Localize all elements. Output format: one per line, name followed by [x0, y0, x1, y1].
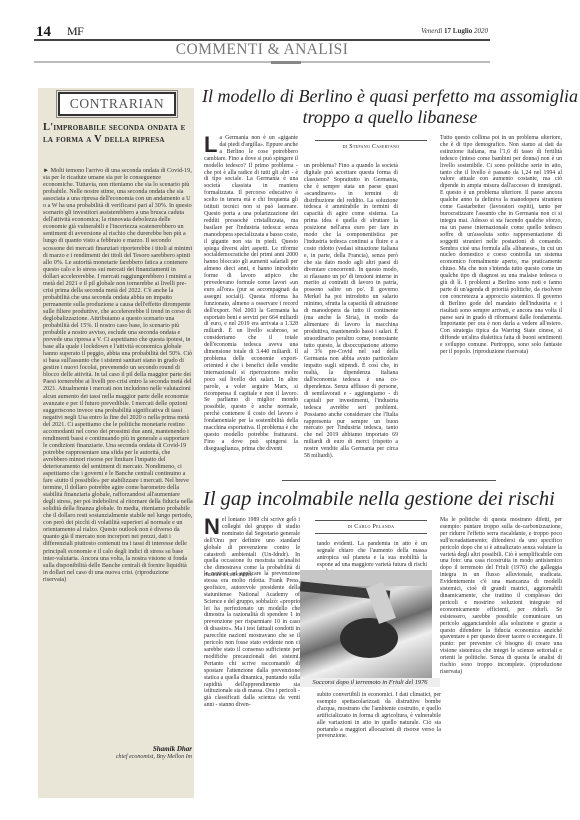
sidebar-body-text: ► Molti temono l'arrivo di una seconda o…: [43, 168, 193, 584]
article1-column-2: un problema? Fino a quando la società di…: [304, 163, 398, 460]
article1-col1-text: a Germania non è un «gigante dai piedi d…: [204, 135, 298, 452]
article-divider: [282, 480, 496, 481]
article2-column-2-bottom: subito convertibili in economici. I dati…: [317, 692, 441, 740]
photo-rubble: [340, 618, 398, 658]
section-title: COMMENTI & ANALISI: [34, 41, 490, 59]
date-year: 2020: [474, 27, 488, 35]
article2-column-3: Ma le politiche di questa mostrano difet…: [440, 517, 562, 676]
article2-title: Il gap incolmabile nella gestione dei ri…: [203, 488, 580, 510]
article2-column-1-wrap: le nazioni ad applicare la prevenzione s…: [204, 571, 300, 709]
earthquake-photo: [300, 570, 432, 678]
article1-title: Il modello di Berlino è quasi perfetto m…: [200, 86, 580, 128]
article2-col2-bottom-text: subito convertibili in economici. I dati…: [317, 692, 441, 739]
column-name-box: CONTRARIAN: [58, 92, 176, 116]
issue-date: Venerdì 17 Luglio 2020: [421, 27, 488, 35]
sidebar-headline: L'improbabile seconda ondata e la forma …: [43, 122, 193, 145]
photo-caption: Soccorsi dopo il terremoto in Friuli del…: [300, 678, 440, 687]
article2-column-1: Nel lontano 1989 chi scrive gelò i colle…: [204, 517, 300, 579]
sidebar-author-role: chief economist, Bny Mellon Im: [40, 754, 192, 760]
section-rule-accent: [271, 61, 301, 64]
article1-byline: di Stefano Casertano: [315, 140, 427, 150]
sidebar-body: ► Molti temono l'arrivo di una seconda o…: [43, 168, 193, 584]
article1-column-1: La Germania non è un «gigante dai piedi …: [204, 135, 298, 453]
article2-col3-text: Ma le politiche di questa mostrano difet…: [440, 517, 562, 675]
article2-dropcap: N: [204, 518, 220, 536]
section-rule: [34, 61, 490, 63]
article2-col1-wrap-text: le nazioni ad applicare la prevenzione s…: [204, 571, 300, 708]
sidebar-author-name: Shamik Dhar: [40, 745, 192, 753]
paper-name: MF: [67, 24, 83, 39]
date-day-month: 17 Luglio: [444, 27, 472, 35]
article1-col2-text: un problema? Fino a quando la società di…: [304, 163, 398, 459]
article1-column-3: Tutto questo collima poi in un problema …: [440, 135, 562, 356]
article2-byline: di Carlo Pelanda: [315, 520, 427, 534]
date-weekday: Venerdì: [421, 27, 442, 35]
article1-dropcap: L: [204, 136, 217, 154]
article1-col3-text: Tutto questo collima poi in un problema …: [440, 135, 562, 355]
